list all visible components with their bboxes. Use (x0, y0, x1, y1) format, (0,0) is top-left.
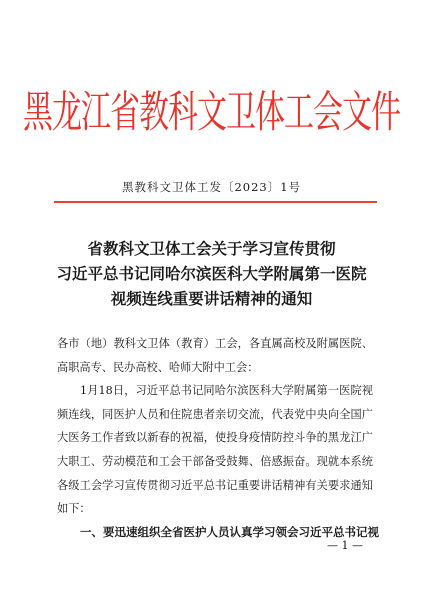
title-line-3: 视频连线重要讲话精神的通知 (0, 287, 423, 312)
notice-title: 省教科文卫体工会关于学习宣传贯彻 习近平总书记同哈尔滨医科大学附属第一医院 视频… (0, 237, 423, 312)
addressee: 各市（地）教科文卫体（教育）工会，各直属高校及附属医院、高职高专、民办高校、哈师… (57, 332, 373, 379)
section-1-heading: 一、要迅速组织全省医护人员认真学习领会习近平总书记视 (57, 521, 373, 545)
document-number: 黑教科文卫体工发〔2023〕1号 (0, 179, 423, 195)
document-body: 各市（地）教科文卫体（教育）工会，各直属高校及附属医院、高职高专、民办高校、哈师… (57, 332, 373, 544)
paragraph-1: 1月18日，习近平总书记同哈尔滨医科大学附属第一医院视频连线，同医护人员和住院患… (57, 379, 373, 521)
masthead-title: 黑龙江省教科文卫体工会文件 (0, 92, 423, 136)
title-line-2: 习近平总书记同哈尔滨医科大学附属第一医院 (0, 262, 423, 287)
red-divider-line (54, 201, 377, 203)
title-line-1: 省教科文卫体工会关于学习宣传贯彻 (0, 237, 423, 262)
page-number: — 1 — (327, 539, 363, 552)
